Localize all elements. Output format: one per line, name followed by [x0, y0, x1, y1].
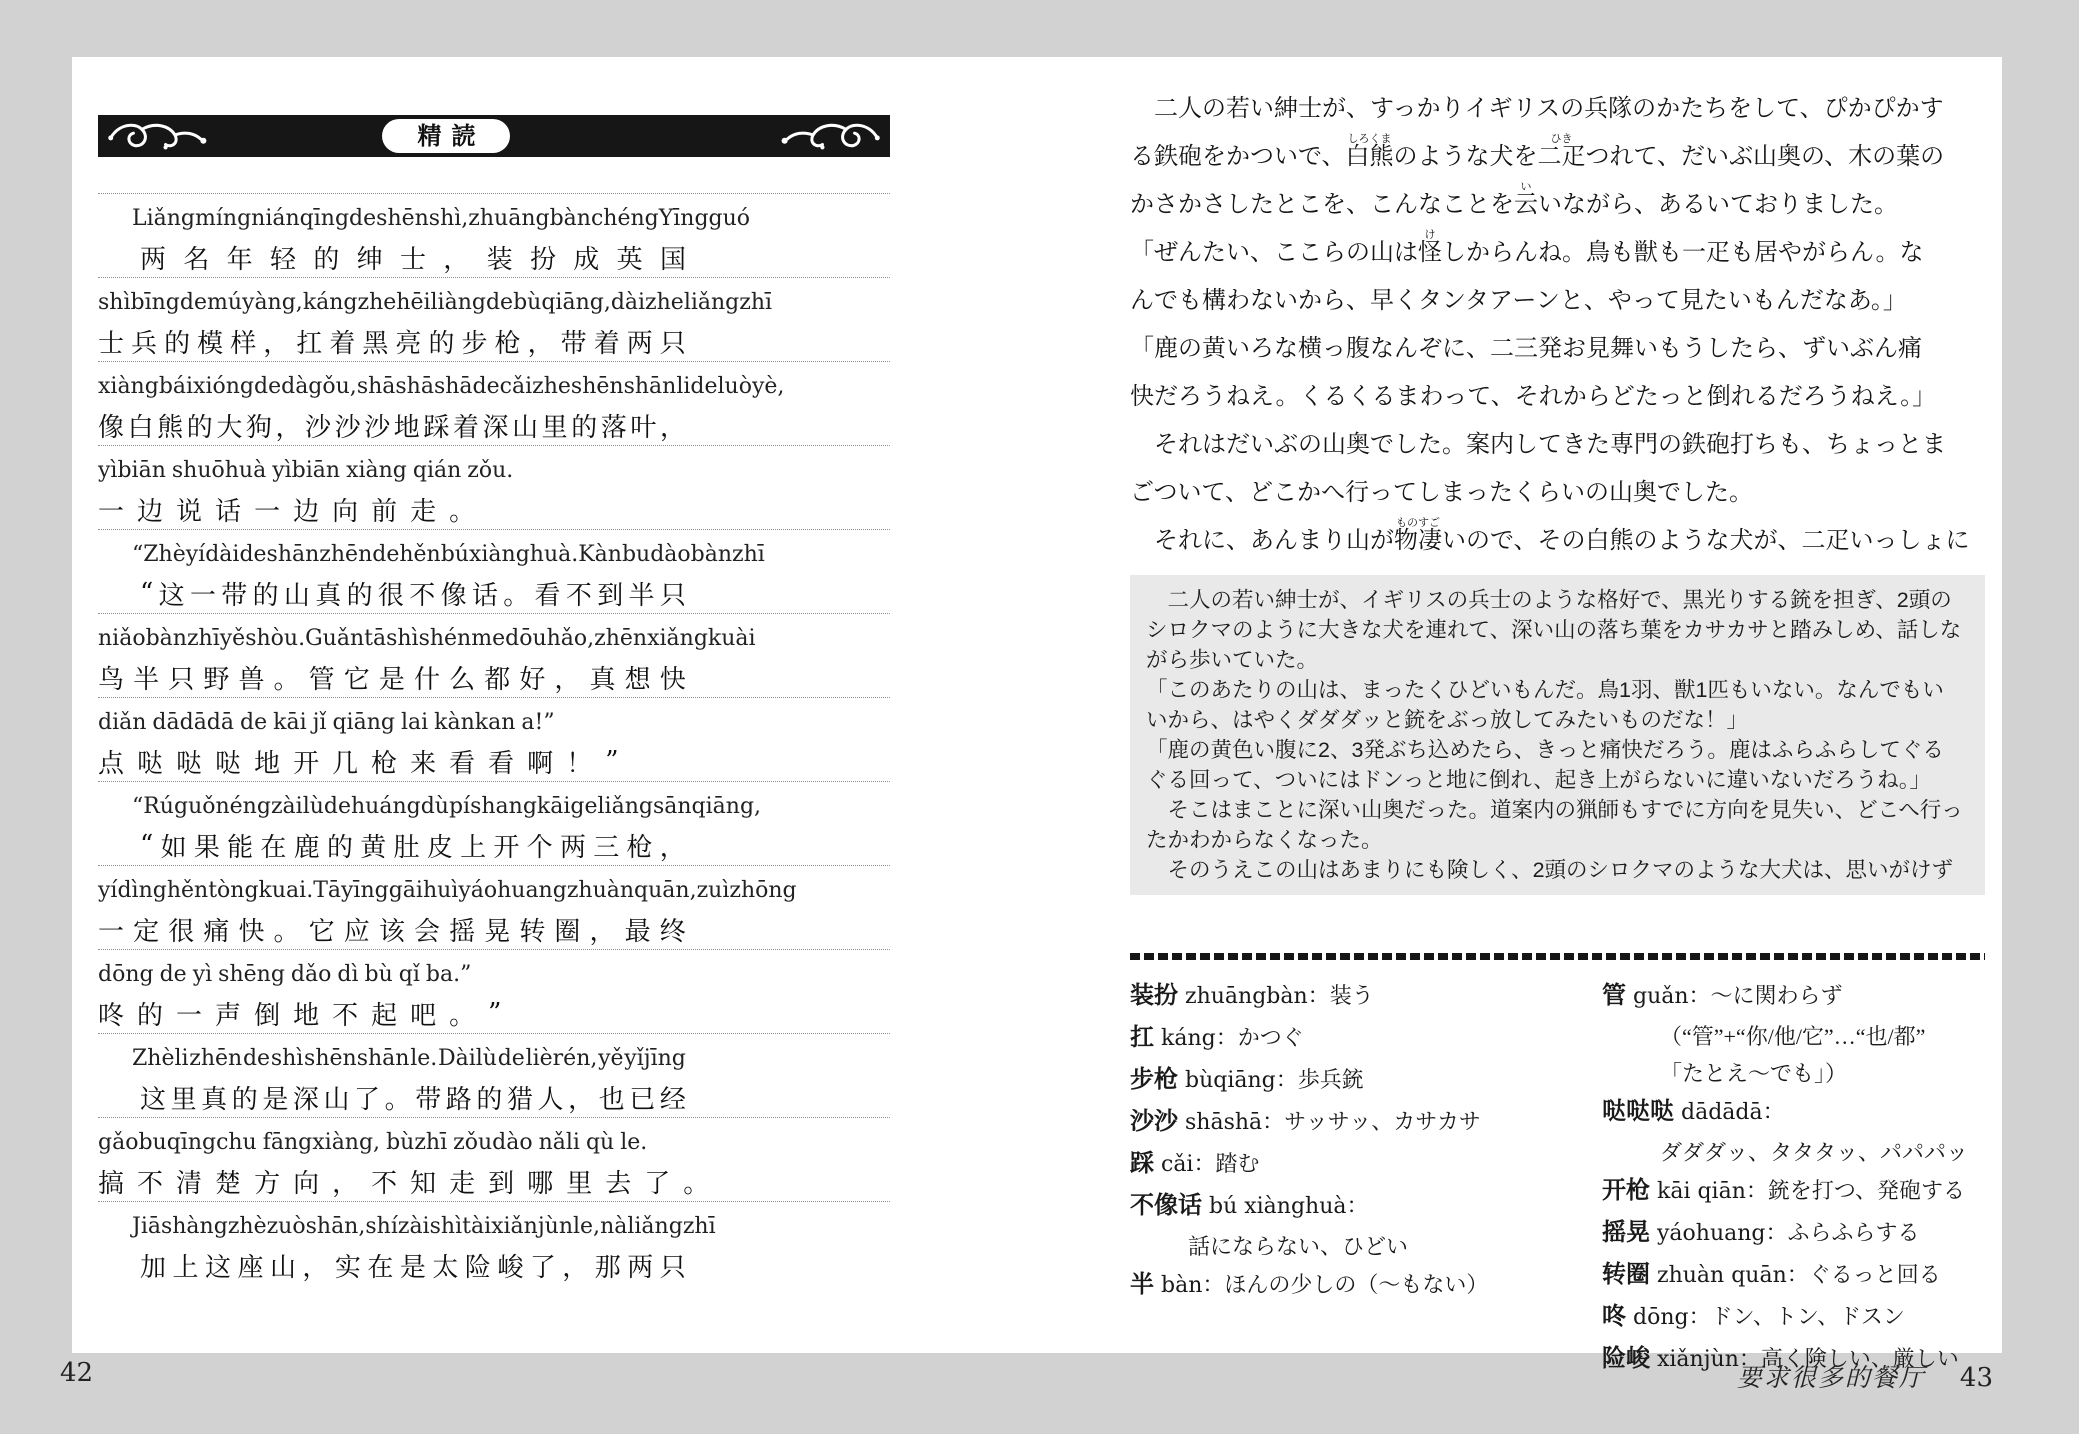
hanzi-char: 的 — [164, 323, 190, 360]
hanzi-char: ， — [568, 1079, 594, 1116]
pinyin-line: Zhèlizhēndeshìshēnshānle.Dàilùdelièrén,y… — [98, 1039, 686, 1077]
hanzi-char: 踩 — [423, 407, 449, 444]
hanzi-char: 带 — [561, 323, 587, 360]
hanzi-char: 沙 — [335, 407, 361, 444]
hanzi-char: 地 — [293, 995, 319, 1032]
translation-line: そのうえこの山はあまりにも険しく、2頭のシロクマのような大犬は、思いがけず — [1146, 855, 1969, 885]
pinyin-word: múyàng, — [207, 290, 303, 315]
vocab-gloss: サッサッ、カサカサ — [1284, 1109, 1481, 1134]
pinyin-word: qián — [413, 458, 461, 483]
pinyin-word: hǎo, — [547, 626, 595, 651]
hanzi-char: 哪 — [527, 1163, 553, 1200]
hanzi-char: 。 — [449, 491, 475, 528]
hanzi-char: 山 — [270, 1247, 296, 1284]
pinyin-word: yìbiān — [272, 458, 340, 483]
hanzi-line: 像白熊的大狗，沙沙沙地踩着深山里的落叶， — [98, 405, 686, 445]
pinyin-word: dǎo — [291, 962, 331, 987]
pinyin-word: zài — [271, 794, 303, 819]
hanzi-char: 的 — [253, 575, 279, 612]
hanzi-char: 的 — [347, 575, 373, 612]
pinyin-word: dàizhe — [611, 290, 684, 315]
hanzi-char: 太 — [432, 1247, 458, 1284]
vocab-headword: 沙沙 — [1130, 1109, 1178, 1135]
reading-banner-label: 精読 — [382, 119, 510, 153]
vocab-pinyin: bùqiāng — [1178, 1068, 1276, 1093]
pinyin-word: qù — [586, 1130, 614, 1155]
vocab-column-left: 装扮 zhuāngbàn：装う扛 káng：かつぐ步枪 bùqiāng：歩兵銃沙… — [1130, 976, 1602, 1381]
pinyin-word: shang — [470, 794, 537, 819]
vocab-gloss: 銃を打つ、発砲する — [1768, 1178, 1965, 1203]
vocab-headword: 装扮 — [1130, 983, 1178, 1009]
pinyin-word: cǎizhe — [500, 374, 571, 399]
reading-row: shìbīngdemúyàng,kángzhehēiliàngdebùqiāng… — [98, 277, 890, 361]
hanzi-char: 三 — [593, 827, 619, 864]
pinyin-word: shēnshì, — [376, 206, 468, 231]
vocab-column-right: 管 guǎn：〜に関わらず（“管”+“你/他/它”…“也/都”「たとえ〜でも」）… — [1602, 976, 1985, 1381]
pinyin-word: le. — [410, 1046, 437, 1071]
translation-line: シロクマのように大きな犬を連れて、深い山の落ち葉をカサカサと踏みしめ、話しな — [1146, 615, 1969, 645]
hanzi-char: 很 — [168, 911, 194, 948]
hanzi-char: 着 — [329, 323, 355, 360]
footer-right: 要求很多的餐厅43 — [1737, 1358, 1993, 1394]
hanzi-char: 着 — [453, 407, 479, 444]
hanzi-char: 鹿 — [294, 827, 320, 864]
pinyin-word: kànkan — [434, 710, 515, 735]
pinyin-word: diǎn — [98, 710, 146, 735]
japanese-source-paragraph: 二人の若い紳士が、すっかりイギリスの兵隊のかたちをして、ぴかぴかする鉄砲をかつい… — [1130, 85, 1985, 565]
pinyin-word: dōu — [505, 626, 547, 651]
pinyin-word: ge — [570, 794, 597, 819]
pinyin-word: Dàilù — [438, 1046, 497, 1071]
pinyin-line: yídìnghěntòngkuai.Tāyīnggāihuìyáohuangzh… — [98, 871, 686, 909]
pinyin-word: zuìzhōng — [697, 878, 797, 903]
vocab-gloss: 踏む — [1215, 1151, 1259, 1176]
pinyin-word: shān, — [306, 1214, 366, 1239]
hanzi-char: 只 — [660, 575, 686, 612]
hanzi-char: 绅 — [357, 239, 383, 276]
pinyin-word: Yīngguó — [659, 206, 750, 231]
pinyin-word: lù — [303, 794, 324, 819]
japanese-text-line: ごついて、どこかへ行ってしまったくらいの山奥でした。 — [1130, 469, 1985, 517]
hanzi-char: 大 — [216, 407, 242, 444]
vocab-colon: ： — [1347, 1193, 1369, 1218]
pinyin-word: yěshòu. — [220, 626, 305, 651]
vocab-entry: 摇晃 yáohuang：ふらふらする — [1602, 1213, 1985, 1255]
pinyin-word: li — [676, 374, 690, 399]
hanzi-char: 险 — [465, 1247, 491, 1284]
pinyin-word: bú — [441, 542, 469, 567]
hanzi-char: 来 — [410, 743, 436, 780]
hanzi-char: 晃 — [484, 911, 510, 948]
japanese-text-line: それはだいぶの山奥でした。案内してきた専門の鉄砲打ちも、ちょっとま — [1130, 421, 1985, 469]
pinyin-word: shìbīng — [98, 290, 180, 315]
pinyin-word: yě — [598, 1046, 623, 1071]
vocab-headword: 不像话 — [1130, 1193, 1202, 1219]
pinyin-word: dōng — [98, 962, 154, 987]
hanzi-char: 搞 — [98, 1163, 124, 1200]
hanzi-char: 说 — [176, 491, 202, 528]
pinyin-word: de — [473, 374, 500, 399]
vocab-entry: 沙沙 shāshā：サッサッ、カサカサ — [1130, 1102, 1602, 1144]
pinyin-word: Tā — [313, 878, 341, 903]
hanzi-char: 起 — [371, 995, 397, 1032]
pinyin-line: shìbīngdemúyàng,kángzhehēiliàngdebùqiāng… — [98, 283, 686, 321]
hanzi-char: ， — [263, 323, 289, 360]
hanzi-char: 那 — [595, 1247, 621, 1284]
hanzi-char: 猎 — [507, 1079, 533, 1116]
pinyin-word: qiāng — [332, 710, 395, 735]
pinyin-word: qiāng, — [692, 794, 761, 819]
pinyin-word: kángzhe — [303, 290, 396, 315]
hanzi-char: 。 — [503, 575, 529, 612]
hanzi-char: 了 — [354, 1079, 380, 1116]
hanzi-char: 的 — [327, 827, 353, 864]
hanzi-char: 走 — [449, 1163, 475, 1200]
hanzi-line: 这里真的是深山了。带路的猎人，也已经 — [98, 1077, 686, 1117]
hanzi-char: 能 — [227, 827, 253, 864]
hanzi-char: 一 — [98, 491, 124, 528]
hanzi-char: 黄 — [360, 827, 386, 864]
hanzi-char: 士 — [400, 239, 426, 276]
hanzi-char: 名 — [183, 239, 209, 276]
pinyin-word: dādādā — [152, 710, 234, 735]
japanese-text-line: る鉄砲をかついで、白熊しろくまのような犬を二疋ひきつれて、だいぶ山奥の、木の葉の — [1130, 133, 1985, 181]
pinyin-word: de — [498, 1046, 525, 1071]
hanzi-char: 装 — [487, 239, 513, 276]
hanzi-char: 半 — [629, 575, 655, 612]
translation-line: いから、はやくダダダッと銃をぶっ放してみたいものだな！」 — [1146, 705, 1969, 735]
vocab-entry: 咚 dōng：ドン、トン、ドスン — [1602, 1297, 1985, 1339]
book-spread: 精読 Liǎngmíngniánqīngdeshēnshì,zhuāngbànc… — [72, 57, 2002, 1353]
hanzi-char: 果 — [194, 827, 220, 864]
japanese-text-line: 快だろうねえ。くるくるまわって、それからどたっと倒れるだろうねえ。」 — [1130, 373, 1985, 421]
hanzi-char: ， — [660, 827, 686, 864]
hanzi-char: 哒 — [215, 743, 241, 780]
hanzi-char: 开 — [293, 743, 319, 780]
vocab-gloss: かつぐ — [1238, 1025, 1304, 1050]
hanzi-char: 峻 — [497, 1247, 523, 1284]
book-title: 要求很多的餐厅 — [1737, 1365, 1926, 1392]
hanzi-char: 野 — [203, 659, 229, 696]
hanzi-char: 走 — [410, 491, 436, 528]
translation-line: ぐる回って、ついにはドンっと地に倒れ、起き上がらないに違いないだろうね。」 — [1146, 765, 1969, 795]
vocab-entry: 开枪 kāi qiān：銃を打つ、発砲する — [1602, 1171, 1985, 1213]
pinyin-line: diǎndādādādekāijǐqiānglaikànkana!” — [98, 703, 686, 741]
vocab-colon: ： — [1763, 1099, 1785, 1124]
pinyin-word: yīnggāi — [341, 878, 423, 903]
hanzi-char: 很 — [378, 575, 404, 612]
hanzi-char: 个 — [527, 827, 553, 864]
hanzi-char: 两 — [627, 323, 653, 360]
pinyin-word: “Rúguǒ — [132, 794, 215, 819]
hanzi-char: 啊 — [527, 743, 553, 780]
hanzi-char: 这 — [159, 575, 185, 612]
hanzi-char: 山 — [284, 575, 310, 612]
pinyin-word: xiànghuà. — [469, 542, 578, 567]
vocab-headword: 步枪 — [1130, 1067, 1178, 1093]
section-banner: 精読 — [98, 115, 890, 157]
hanzi-char: 最 — [625, 911, 651, 948]
vocab-gloss: ぐるっと回る — [1809, 1262, 1941, 1287]
hanzi-char: 它 — [309, 911, 335, 948]
hanzi-char: 扛 — [296, 323, 322, 360]
vocab-entry: 不像话 bú xiànghuà： — [1130, 1186, 1602, 1228]
hanzi-char: 前 — [371, 491, 397, 528]
vocab-headword: 哒哒哒 — [1602, 1099, 1674, 1125]
hanzi-char: 士 — [98, 323, 124, 360]
hanzi-char: 的 — [313, 239, 339, 276]
vocab-pinyin: dōng — [1626, 1305, 1689, 1330]
vocab-colon: ： — [1689, 1304, 1711, 1329]
vocab-pinyin: káng — [1154, 1026, 1216, 1051]
hanzi-char: 山 — [323, 1079, 349, 1116]
vocab-headword: 踩 — [1130, 1151, 1154, 1177]
translation-line: 「このあたりの山は、まったくひどいもんだ。鳥1羽、獣1匹もいない。なんでもい — [1146, 675, 1969, 705]
pinyin-word: hěn — [399, 542, 440, 567]
hanzi-char: 快 — [238, 911, 264, 948]
pinyin-word: niǎo — [98, 626, 146, 651]
pinyin-word: zhēn — [189, 1046, 242, 1071]
pinyin-word: tòngkuai. — [208, 878, 313, 903]
hanzi-char: 模 — [197, 323, 223, 360]
pinyin-word: de — [486, 290, 513, 315]
vocab-entry: 步枪 bùqiāng：歩兵銃 — [1130, 1060, 1602, 1102]
vocab-gloss: ほんの少しの（〜もない） — [1224, 1272, 1488, 1297]
page-number-right: 43 — [1960, 1363, 1993, 1393]
pinyin-word: shāshāshā — [357, 374, 473, 399]
vocab-headword: 咚 — [1602, 1304, 1626, 1330]
hanzi-char: ， — [528, 323, 554, 360]
vocab-headword: 开枪 — [1602, 1178, 1650, 1204]
hanzi-char: 到 — [488, 1163, 514, 1200]
pinyin-word: báixióng — [159, 374, 254, 399]
hanzi-char: 开 — [493, 827, 519, 864]
hanzi-char: ， — [275, 407, 301, 444]
hanzi-char: 枪 — [495, 323, 521, 360]
hanzi-char: 咚 — [98, 995, 124, 1032]
hanzi-char: 。 — [449, 995, 475, 1032]
hanzi-char: 的 — [476, 1079, 502, 1116]
hanzi-char: 什 — [414, 659, 440, 696]
hanzi-char: 看 — [449, 743, 475, 780]
hanzi-char: 步 — [462, 323, 488, 360]
hanzi-char: 到 — [597, 575, 623, 612]
hanzi-char: 枪 — [627, 827, 653, 864]
vocab-pinyin: guǎn — [1626, 984, 1689, 1009]
pinyin-word: yídài — [186, 542, 240, 567]
pinyin-word: de — [240, 710, 267, 735]
pinyin-line: gǎobuqīngchufāngxiàng,bùzhīzǒudàonǎliqùl… — [98, 1123, 686, 1161]
pinyin-word: shēng — [218, 962, 285, 987]
page-left: 精読 Liǎngmíngniánqīngdeshēnshì,zhuāngbànc… — [72, 57, 1037, 1353]
hanzi-char: 枪 — [371, 743, 397, 780]
pinyin-word: nà — [600, 1214, 627, 1239]
hanzi-char: 清 — [176, 1163, 202, 1200]
pinyin-word: bùzhī — [386, 1130, 447, 1155]
hanzi-char: 了 — [530, 1247, 556, 1284]
vocab-entry: 转圈 zhuàn quān：ぐるっと回る — [1602, 1255, 1985, 1297]
pinyin-word: kāi — [273, 710, 306, 735]
pinyin-word: de — [349, 206, 376, 231]
hanzi-char: 向 — [332, 491, 358, 528]
japanese-translation-box: 二人の若い紳士が、イギリスの兵士のような格好で、黒光りする銃を担ぎ、2頭のシロク… — [1130, 575, 1985, 895]
pinyin-word: zhī — [683, 1214, 716, 1239]
vocab-gloss: ドン、トン、ドスン — [1711, 1304, 1905, 1329]
pinyin-word: tài — [462, 1214, 491, 1239]
pinyin-word: de — [690, 374, 717, 399]
vocab-entry: 半 bàn：ほんの少しの（〜もない） — [1130, 1265, 1602, 1307]
hanzi-char: 座 — [237, 1247, 263, 1284]
pinyin-word: jǐ — [313, 710, 327, 735]
hanzi-char: 成 — [573, 239, 599, 276]
hanzi-char: 在 — [367, 1247, 393, 1284]
hanzi-char: 两 — [627, 1247, 653, 1284]
vocab-colon: ： — [1193, 1151, 1215, 1176]
reading-row: yìbiānshuōhuàyìbiānxiàngqiánzǒu.一边说话一边向前… — [98, 445, 890, 529]
pinyin-word: le, — [573, 1214, 600, 1239]
hanzi-char: 。 — [683, 1163, 709, 1200]
vocab-divider — [1130, 953, 1985, 960]
hanzi-char: 里 — [542, 407, 568, 444]
hanzi-char: 路 — [446, 1079, 472, 1116]
vocab-pinyin: zhuāngbàn — [1178, 984, 1308, 1009]
hanzi-char: “ — [140, 830, 153, 860]
hanzi-char: 吧 — [410, 995, 436, 1032]
hanzi-char: 它 — [344, 659, 370, 696]
hanzi-char: 话 — [215, 491, 241, 528]
japanese-text-line: 「鹿の黄いろな横っ腹なんぞに、二三発お見舞いもうしたら、ずいぶん痛 — [1130, 325, 1985, 373]
pinyin-word: Guǎn — [305, 626, 364, 651]
hanzi-char: 快 — [660, 659, 686, 696]
hanzi-char: 上 — [172, 1247, 198, 1284]
pinyin-word: liǎng — [684, 290, 739, 315]
hanzi-char: 地 — [254, 743, 280, 780]
translation-line: 二人の若い紳士が、イギリスの兵士のような格好で、黒光りする銃を担ぎ、2頭の — [1146, 585, 1969, 615]
pinyin-word: de — [372, 542, 399, 567]
hanzi-char: 是 — [400, 1247, 426, 1284]
hanzi-char: 痛 — [203, 911, 229, 948]
reading-row: dōngdeyìshēngdǎodìbùqǐba.”咚的一声倒地不起吧。” — [98, 949, 890, 1033]
vocab-colon: ： — [1689, 983, 1711, 1008]
vocab-headword: 扛 — [1130, 1025, 1154, 1051]
hanzi-char: 经 — [660, 1079, 686, 1116]
hanzi-char: 带 — [221, 575, 247, 612]
hanzi-char: 鸟 — [98, 659, 124, 696]
vocab-entry: 管 guǎn：〜に関わらず — [1602, 976, 1985, 1018]
hanzi-char: 不 — [371, 1163, 397, 1200]
hanzi-char: ， — [660, 407, 686, 444]
hanzi-line: 点哒哒哒地开几枪来看看啊！” — [98, 741, 686, 781]
vocab-headword: 半 — [1130, 1272, 1154, 1298]
pinyin-word: bàn — [146, 626, 187, 651]
vocab-section: 装扮 zhuāngbàn：装う扛 káng：かつぐ步枪 bùqiāng：歩兵銃沙… — [1130, 976, 1985, 1381]
pinyin-word: xiǎng — [647, 626, 708, 651]
hanzi-char: 定 — [133, 911, 159, 948]
pinyin-word: míng — [195, 206, 251, 231]
page-right: 二人の若い紳士が、すっかりイギリスの兵隊のかたちをして、ぴかぴかする鉄砲をかつい… — [1037, 57, 2002, 1353]
hanzi-char: 一 — [98, 911, 124, 948]
hanzi-char: 扮 — [530, 239, 556, 276]
vocab-entry: 哒哒哒 dādādā： — [1602, 1092, 1985, 1134]
vocab-pinyin: bàn — [1154, 1273, 1202, 1298]
hanzi-char: 皮 — [427, 827, 453, 864]
hanzi-char: 地 — [394, 407, 420, 444]
hanzi-char: 半 — [133, 659, 159, 696]
hanzi-char: 的 — [137, 995, 163, 1032]
hanzi-char: 边 — [137, 491, 163, 528]
vocab-gloss: ふらふらする — [1788, 1220, 1920, 1245]
vocab-pinyin: yáohuang — [1650, 1221, 1766, 1246]
pinyin-word: shān — [267, 542, 320, 567]
hanzi-char: 知 — [410, 1163, 436, 1200]
pinyin-word: shízài — [365, 1214, 429, 1239]
hanzi-char: 哒 — [176, 743, 202, 780]
hanzi-char: 是 — [379, 659, 405, 696]
hanzi-char: 着 — [594, 323, 620, 360]
hanzi-char: 年 — [227, 239, 253, 276]
hanzi-line: 鸟半只野兽。管它是什么都好，真想快 — [98, 657, 686, 697]
pinyin-word: lièrén, — [526, 1046, 598, 1071]
pinyin-word: huángdùpí — [351, 794, 470, 819]
page-left-content: 精読 Liǎngmíngniánqīngdeshēnshì,zhuāngbànc… — [98, 115, 890, 1285]
pinyin-word: zhī — [739, 290, 772, 315]
hanzi-char: 不 — [137, 1163, 163, 1200]
pinyin-word: a!” — [521, 710, 554, 735]
pinyin-word: de — [254, 374, 281, 399]
pinyin-word: le. — [620, 1130, 647, 1155]
hanzi-line: “如果能在鹿的黄肚皮上开个两三枪， — [98, 825, 686, 865]
hanzi-char: 终 — [660, 911, 686, 948]
hanzi-char: 。 — [274, 659, 300, 696]
hanzi-char: 不 — [332, 995, 358, 1032]
reading-row: yídìnghěntòngkuai.Tāyīnggāihuìyáohuangzh… — [98, 865, 890, 949]
pinyin-word: huì — [423, 878, 458, 903]
vocab-pinyin: zhuàn quān — [1650, 1263, 1787, 1288]
hanzi-char: 看 — [535, 575, 561, 612]
japanese-text-line: 二人の若い紳士が、すっかりイギリスの兵隊のかたちをして、ぴかぴかす — [1130, 85, 1985, 133]
hanzi-char: 沙 — [305, 407, 331, 444]
vocab-colon: ： — [1216, 1025, 1238, 1050]
hanzi-char: 英 — [617, 239, 643, 276]
vocab-colon: ： — [1202, 1272, 1224, 1297]
hanzi-char: 肚 — [394, 827, 420, 864]
pinyin-word: Kànbudào — [578, 542, 690, 567]
hanzi-char: 几 — [332, 743, 358, 780]
hanzi-char: ， — [590, 911, 616, 948]
hanzi-char: 这 — [140, 1079, 166, 1116]
hanzi-char: 叶 — [630, 407, 656, 444]
pinyin-word: xiǎnjùn — [491, 1214, 573, 1239]
hanzi-char: 白 — [128, 407, 154, 444]
hanzi-char: 么 — [449, 659, 475, 696]
hanzi-char: 只 — [660, 323, 686, 360]
pinyin-word: bù — [364, 962, 392, 987]
pinyin-word: yáohuang — [458, 878, 567, 903]
vocab-colon: ： — [1308, 983, 1330, 1008]
hanzi-char: 的 — [232, 1079, 258, 1116]
hanzi-char: 不 — [409, 575, 435, 612]
reading-row: gǎobuqīngchufāngxiàng,bùzhīzǒudàonǎliqùl… — [98, 1117, 890, 1201]
pinyin-word: zǒu. — [467, 458, 513, 483]
vocab-entry: 踩 cǎi：踏む — [1130, 1144, 1602, 1186]
vocab-colon: ： — [1276, 1067, 1298, 1092]
hanzi-char: 真 — [315, 575, 341, 612]
pinyin-word: shì — [386, 626, 419, 651]
vocab-entry: 扛 káng：かつぐ — [1130, 1018, 1602, 1060]
hanzi-char: 两 — [560, 827, 586, 864]
hanzi-char: 只 — [660, 1247, 686, 1284]
pinyin-line: niǎobànzhīyěshòu.Guǎntāshìshénmedōuhǎo,z… — [98, 619, 686, 657]
